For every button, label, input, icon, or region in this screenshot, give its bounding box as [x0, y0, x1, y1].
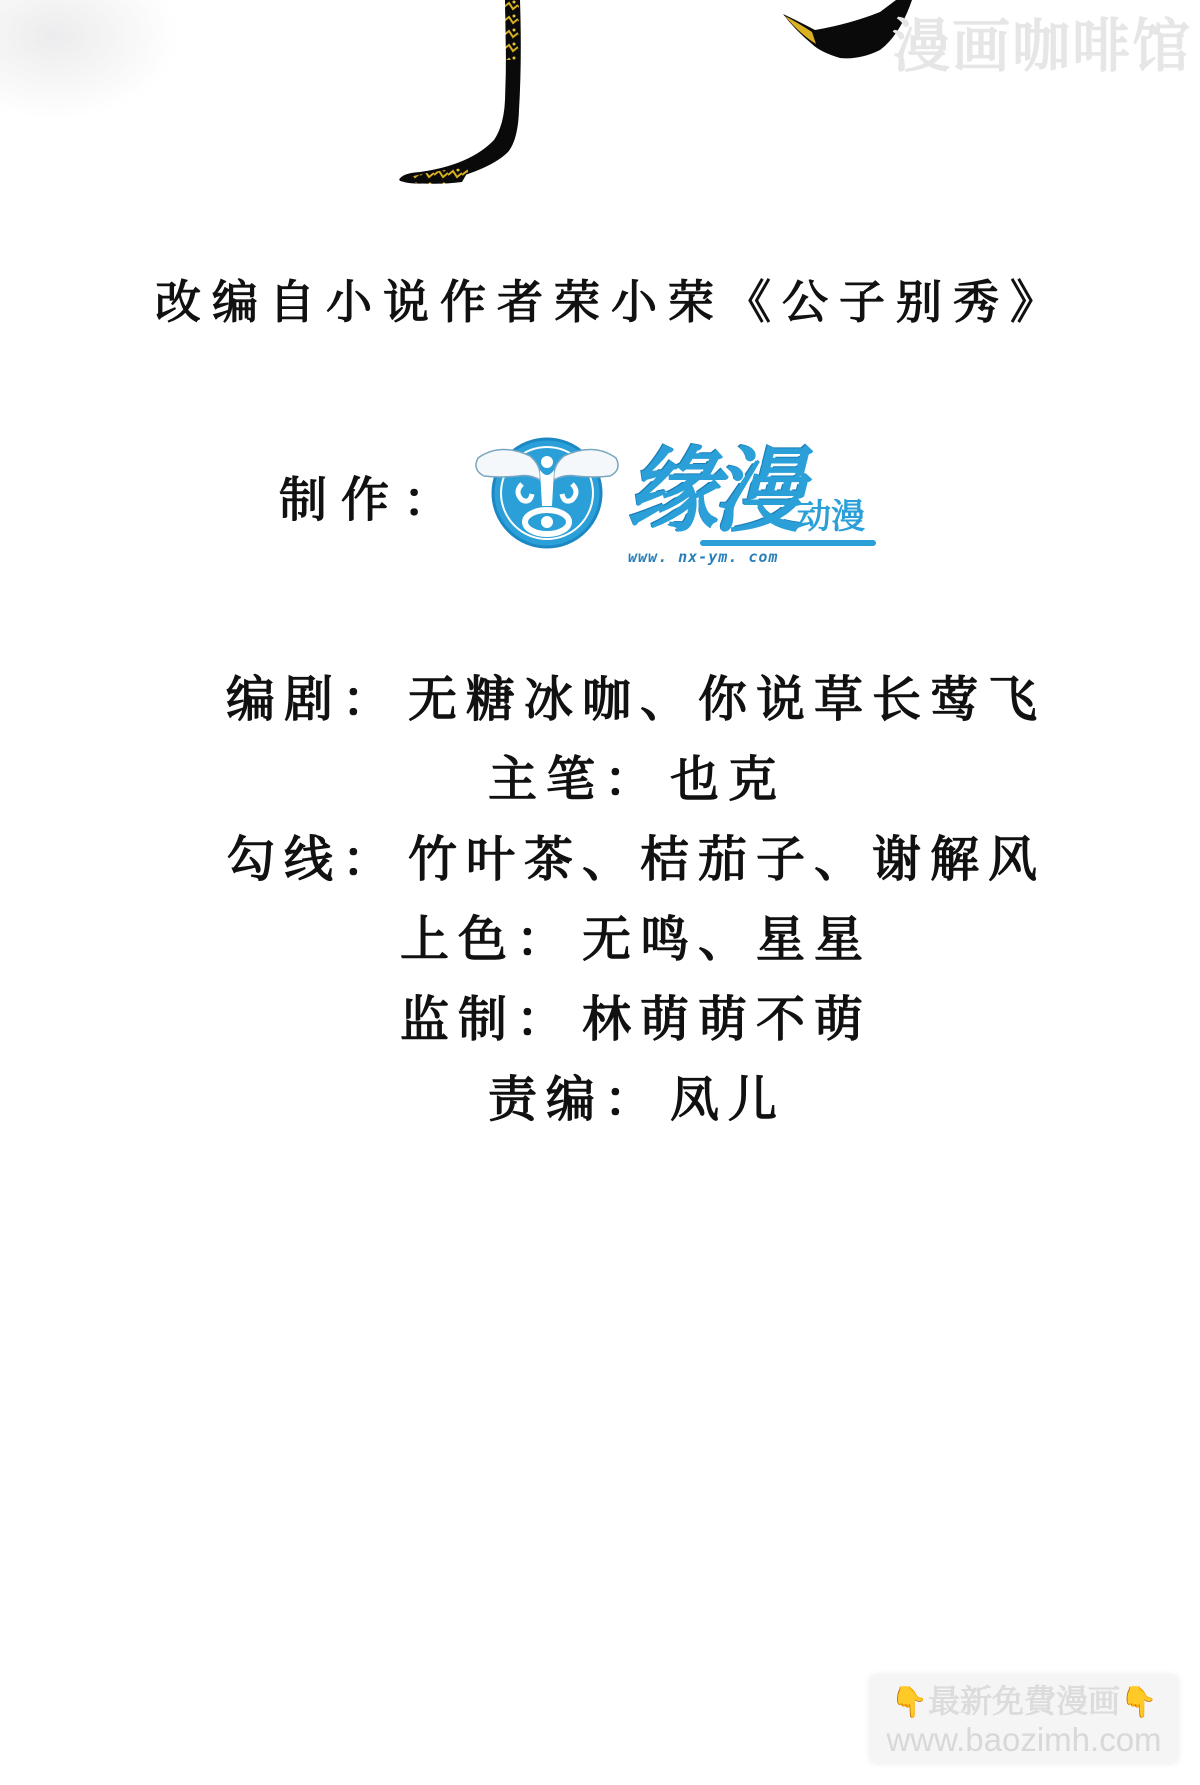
credit-line-coloring: 上色：无鸣、星星	[400, 912, 872, 968]
badge-url[interactable]: www.baozimh.com	[870, 1721, 1178, 1759]
credit-names: 无糖冰咖、你说草长莺飞	[408, 671, 1046, 728]
logo-wordmark: 缘漫	[626, 440, 798, 544]
credit-role: 监制	[400, 991, 516, 1048]
credit-role: 责编	[488, 1071, 604, 1128]
credit-separator: ：	[342, 671, 400, 728]
credit-names: 竹叶茶、桔茄子、谢解风	[408, 831, 1046, 888]
adaptation-title: 改编自小说作者荣小荣《公子别秀》	[0, 274, 1200, 330]
logo-emblem-icon	[470, 436, 620, 576]
site-watermark-badge[interactable]: 👇最新免費漫画👇 www.baozimh.com	[870, 1675, 1178, 1763]
logo-url: www. nx-ym. com	[628, 548, 778, 566]
credit-names: 凤儿	[670, 1071, 786, 1128]
credit-separator: ：	[604, 1071, 662, 1128]
badge-headline: 👇最新免費漫画👇	[870, 1681, 1178, 1723]
badge-text: 最新免費漫画	[928, 1682, 1120, 1720]
credit-line-supervisor: 监制：林萌萌不萌	[400, 992, 872, 1048]
credit-names: 也克	[670, 751, 786, 808]
credit-separator: ：	[342, 831, 400, 888]
pointing-down-icon: 👇	[891, 1685, 928, 1720]
watermark-text: 漫画咖啡馆	[892, 14, 1192, 78]
credit-line-writer: 编剧：无糖冰咖、你说草长莺飞	[226, 672, 1046, 728]
credit-separator: ：	[604, 751, 662, 808]
credit-role: 编剧	[226, 671, 342, 728]
credit-names: 无鸣、星星	[582, 911, 872, 968]
producer-label: 制作：	[279, 472, 465, 528]
credit-line-editor: 责编：凤儿	[488, 1072, 786, 1128]
credit-line-lead-artist: 主笔：也克	[488, 752, 786, 808]
credit-role: 主笔	[488, 751, 604, 808]
credit-names: 林萌萌不萌	[582, 991, 872, 1048]
credit-role: 上色	[400, 911, 516, 968]
credit-line-lineart: 勾线：竹叶茶、桔茄子、谢解风	[226, 832, 1046, 888]
pointing-down-icon: 👇	[1120, 1685, 1157, 1720]
credit-separator: ：	[516, 991, 574, 1048]
logo-subtitle: 动漫	[797, 497, 865, 537]
logo-underline	[700, 540, 876, 546]
credit-role: 勾线	[226, 831, 342, 888]
credit-separator: ：	[516, 911, 574, 968]
